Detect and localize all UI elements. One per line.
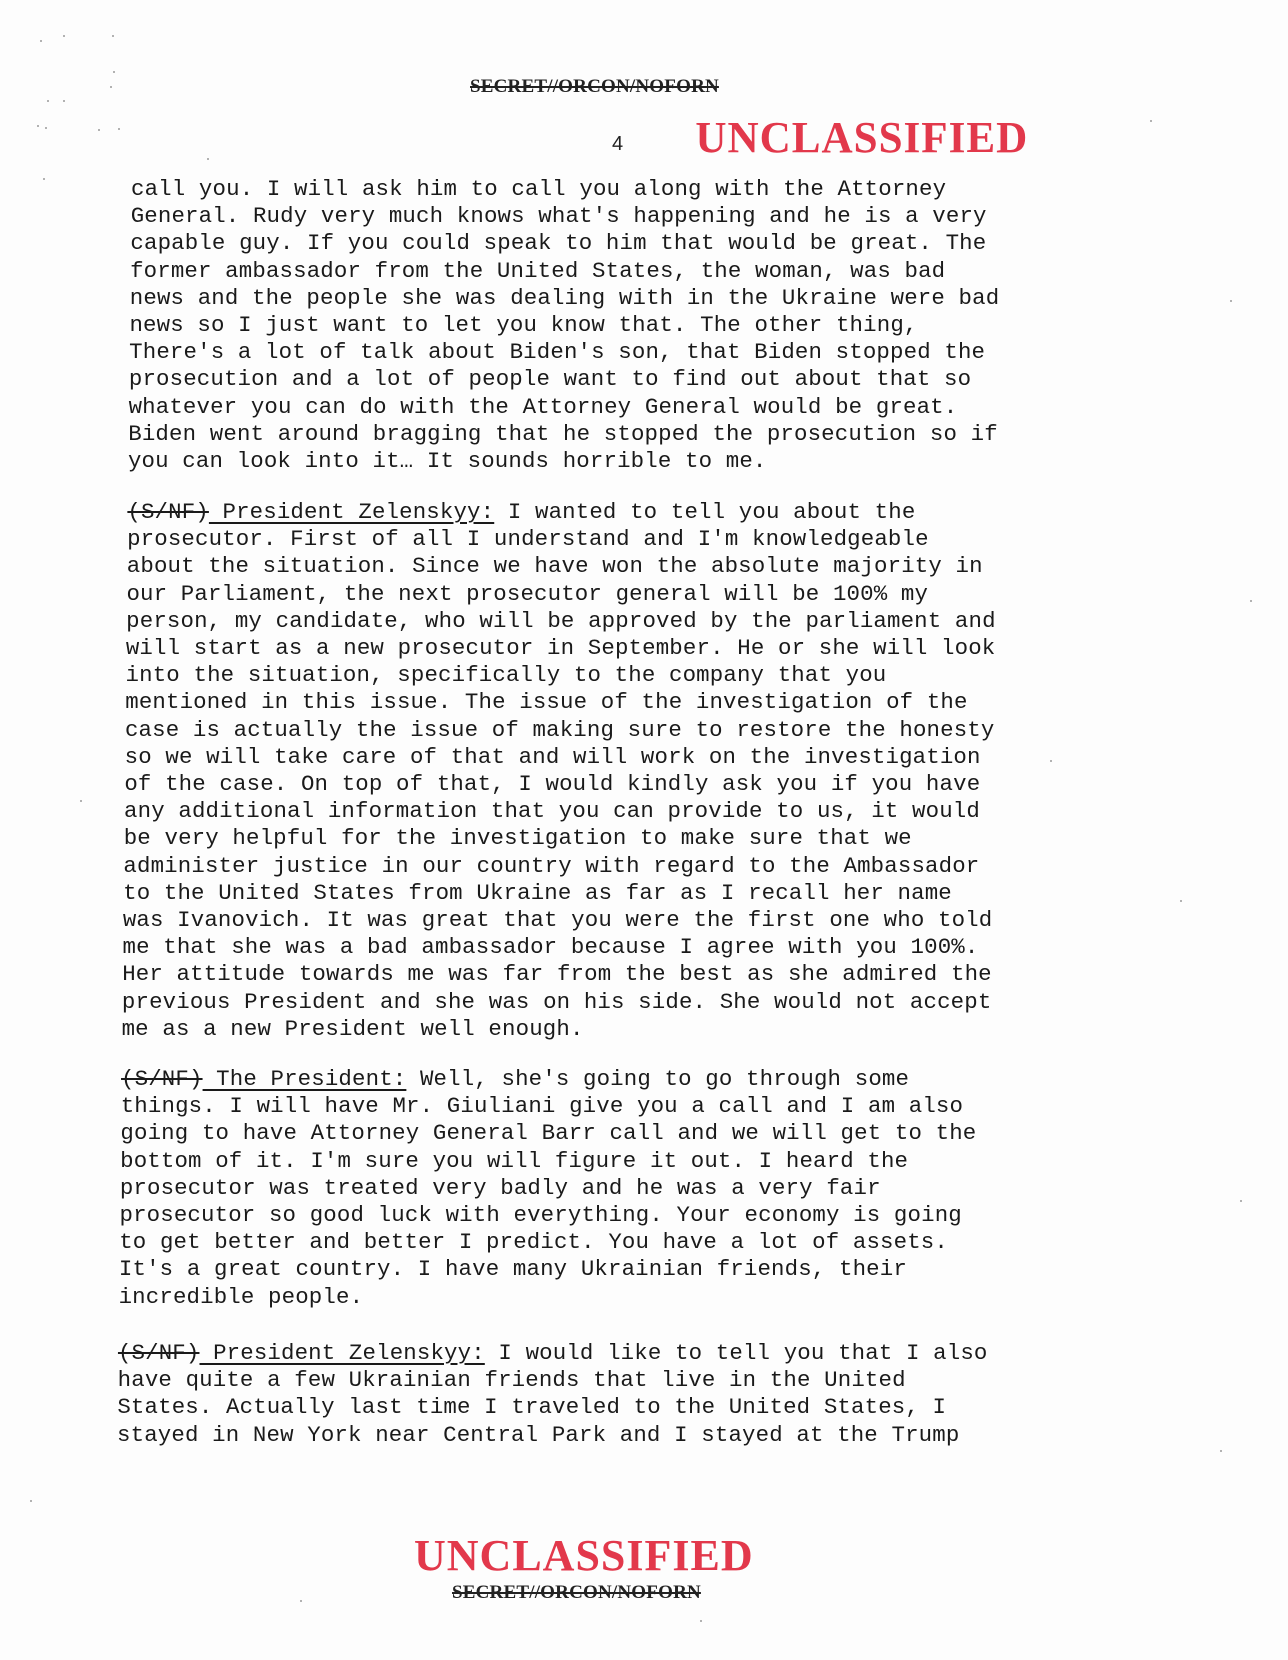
document-page: SECRET//ORCON/NOFORN 4 UNCLASSIFIED call…	[0, 0, 1288, 1660]
text-line: Her attitude towards me was far from the…	[122, 961, 992, 987]
text-line: previous President and she was on his si…	[122, 989, 992, 1015]
text-line: about the situation. Since we have won t…	[127, 553, 983, 579]
speech-text: I wanted to tell you about the	[494, 499, 915, 525]
classification-footer: SECRET//ORCON/NOFORN	[452, 1582, 701, 1604]
text-line: news and the people she was dealing with…	[130, 285, 1000, 311]
speaker-name: President Zelenskyy:	[209, 499, 494, 525]
scan-speck	[63, 100, 65, 102]
text-line: was Ivanovich. It was great that you wer…	[123, 907, 993, 933]
text-line: me as a new President well enough.	[122, 1016, 584, 1042]
page-number: 4	[612, 133, 623, 156]
scan-speck	[112, 35, 114, 37]
scan-speck	[207, 158, 209, 160]
text-line: prosecution and a lot of people want to …	[129, 366, 971, 392]
text-line: mentioned in this issue. The issue of th…	[125, 689, 967, 715]
text-line: so we will take care of that and will wo…	[125, 744, 981, 770]
speech-text: I would like to tell you that I also	[485, 1340, 988, 1366]
text-line: to the United States from Ukraine as far…	[123, 880, 952, 906]
text-line: incredible people.	[119, 1284, 364, 1310]
scan-speck	[63, 35, 65, 37]
text-line: news so I just want to let you know that…	[129, 312, 917, 338]
text-line: our Parliament, the next prosecutor gene…	[126, 581, 928, 607]
text-line: It's a great country. I have many Ukrain…	[119, 1256, 907, 1282]
scan-speck	[80, 800, 82, 802]
speaker-line: (S/NF) The President: Well, she's going …	[121, 1066, 909, 1092]
text-line: prosecutor. First of all I understand an…	[127, 526, 929, 552]
speech-text: Well, she's going to go through some	[406, 1066, 909, 1092]
text-line: former ambassador from the United States…	[130, 258, 945, 284]
scan-speck	[118, 128, 120, 130]
scan-speck	[47, 100, 49, 102]
scan-speck	[37, 125, 39, 127]
scan-speck	[300, 1600, 302, 1602]
text-line: States. Actually last time I traveled to…	[117, 1394, 946, 1420]
unclassified-stamp-top: UNCLASSIFIED	[695, 112, 1028, 163]
text-line: will start as a new prosecutor in Septem…	[126, 635, 996, 661]
scan-speck	[98, 129, 100, 131]
text-line: person, my candidate, who will be approv…	[126, 608, 996, 634]
text-line: me that she was a bad ambassador because…	[123, 934, 979, 960]
text-line: have quite a few Ukrainian friends that …	[118, 1367, 906, 1393]
text-line: going to have Attorney General Barr call…	[120, 1120, 976, 1146]
classification-marking: (S/NF)	[127, 499, 209, 525]
scan-speck	[1180, 900, 1182, 902]
speaker-line: (S/NF) President Zelenskyy: I would like…	[118, 1340, 988, 1366]
scan-speck	[1240, 1200, 1242, 1202]
text-line: stayed in New York near Central Park and…	[117, 1422, 959, 1448]
scan-speck	[43, 178, 45, 180]
text-line: be very helpful for the investigation to…	[124, 825, 912, 851]
text-line: whatever you can do with the Attorney Ge…	[129, 394, 958, 420]
text-line: administer justice in our country with r…	[123, 853, 979, 879]
text-line: General. Rudy very much knows what's hap…	[131, 203, 987, 229]
text-line: any additional information that you can …	[124, 798, 980, 824]
text-line: case is actually the issue of making sur…	[125, 717, 995, 743]
text-line: Biden went around bragging that he stopp…	[128, 421, 998, 447]
scan-speck	[1150, 120, 1152, 122]
classification-marking: (S/NF)	[121, 1066, 203, 1092]
unclassified-stamp-bottom: UNCLASSIFIED	[414, 1530, 754, 1581]
scan-speck	[700, 1620, 702, 1622]
text-line: capable guy. If you could speak to him t…	[130, 230, 986, 256]
scan-speck	[1050, 760, 1052, 762]
scan-speck	[40, 40, 42, 42]
text-line: bottom of it. I'm sure you will figure i…	[120, 1148, 908, 1174]
text-line: you can look into it… It sounds horrible…	[128, 448, 767, 474]
classification-marking: (S/NF)	[118, 1340, 200, 1366]
speaker-name: President Zelenskyy:	[199, 1340, 484, 1366]
classification-header: SECRET//ORCON/NOFORN	[470, 76, 719, 98]
scan-speck	[1220, 1450, 1222, 1452]
text-line: There's a lot of talk about Biden's son,…	[129, 339, 985, 365]
text-line: things. I will have Mr. Giuliani give yo…	[121, 1093, 963, 1119]
text-line: into the situation, specifically to the …	[126, 662, 887, 688]
scan-speck	[45, 127, 47, 129]
text-line: call you. I will ask him to call you alo…	[131, 176, 946, 202]
text-line: of the case. On top of that, I would kin…	[124, 771, 980, 797]
speaker-line: (S/NF) President Zelenskyy: I wanted to …	[127, 499, 915, 525]
scan-speck	[110, 86, 112, 88]
speaker-name: The President:	[203, 1066, 407, 1092]
text-line: to get better and better I predict. You …	[119, 1229, 948, 1255]
scan-speck	[1250, 600, 1252, 602]
scan-speck	[113, 71, 115, 73]
scan-speck	[1230, 300, 1232, 302]
text-line: prosecutor so good luck with everything.…	[120, 1202, 962, 1228]
scan-speck	[30, 1500, 32, 1502]
text-line: prosecutor was treated very badly and he…	[120, 1175, 881, 1201]
